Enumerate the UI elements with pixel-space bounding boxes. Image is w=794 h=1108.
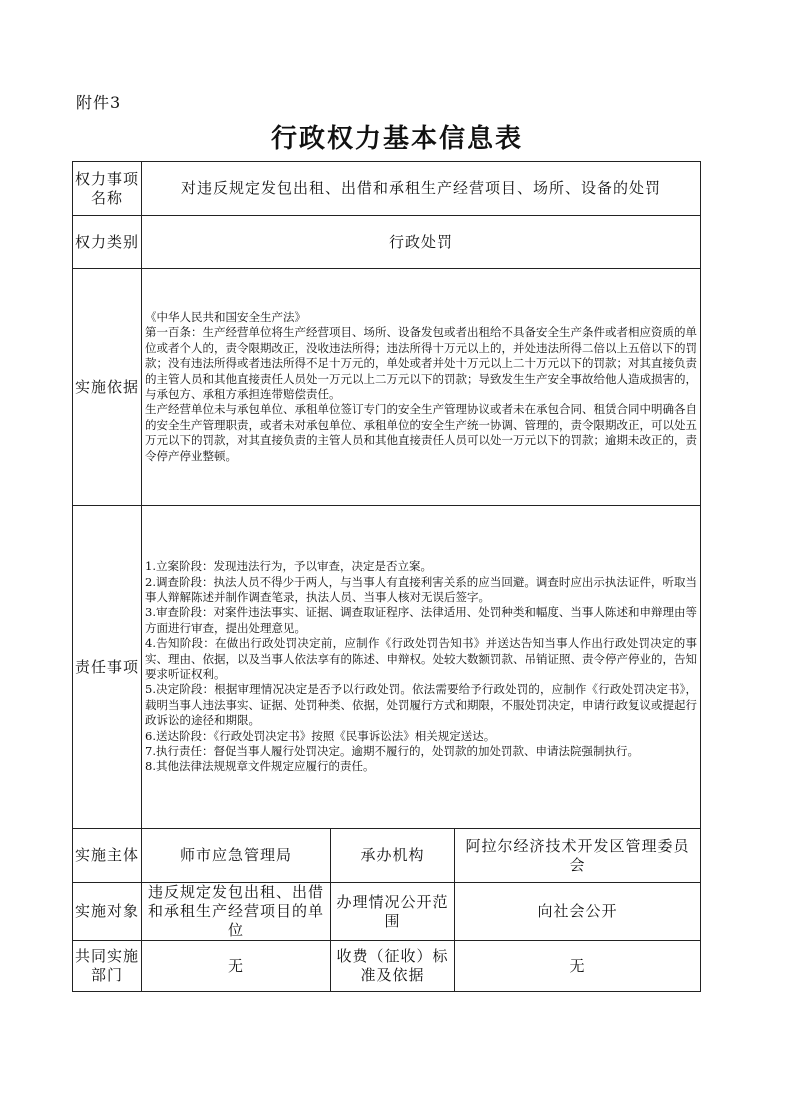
row-power-category: 权力类别 行政处罚	[73, 216, 701, 269]
responsibility-item: 7.执行责任：督促当事人履行处罚决定。逾期不履行的，处罚款的加处罚款、申请法院强…	[145, 744, 697, 759]
attachment-label: 附件3	[76, 90, 121, 113]
handling-agency-value: 阿拉尔经济技术开发区管理委员会	[455, 829, 701, 883]
responsibility-item: 8.其他法律法规规章文件规定应履行的责任。	[145, 759, 697, 774]
responsibility-item: 2.调查阶段：执法人员不得少于两人，与当事人有直接利害关系的应当回避。调查时应出…	[145, 575, 697, 606]
row-implementing-object: 实施对象 违反规定发包出租、出借和承租生产经营项目的单位 办理情况公开范围 向社…	[73, 883, 701, 941]
power-category-label: 权力类别	[73, 216, 142, 269]
responsibility-item: 1.立案阶段：发现违法行为，予以审查，决定是否立案。	[145, 559, 697, 574]
row-implementing-subject: 实施主体 师市应急管理局 承办机构 阿拉尔经济技术开发区管理委员会	[73, 829, 701, 883]
implementing-object-label: 实施对象	[73, 883, 142, 941]
responsibility-item: 4.告知阶段：在做出行政处罚决定前，应制作《行政处罚告知书》并送达告知当事人作出…	[145, 636, 697, 682]
power-name-label: 权力事项名称	[73, 162, 142, 216]
fee-standard-label: 收费（征收）标准及依据	[331, 941, 455, 992]
page-title: 行政权力基本信息表	[0, 118, 794, 155]
law-article-100: 第一百条：生产经营单位将生产经营项目、场所、设备发包或者出租给不具备安全生产条件…	[145, 325, 697, 402]
implementing-object-value: 违反规定发包出租、出借和承租生产经营项目的单位	[142, 883, 331, 941]
legal-basis-label: 实施依据	[73, 269, 142, 506]
row-legal-basis: 实施依据 《中华人民共和国安全生产法》 第一百条：生产经营单位将生产经营项目、场…	[73, 269, 701, 506]
power-category-value: 行政处罚	[142, 216, 701, 269]
responsibilities-label: 责任事项	[73, 506, 142, 829]
joint-departments-label: 共同实施部门	[73, 941, 142, 992]
handling-agency-label: 承办机构	[331, 829, 455, 883]
responsibility-item: 6.送达阶段：《行政处罚决定书》按照《民事诉讼法》相关规定送达。	[145, 729, 697, 744]
responsibilities-content: 1.立案阶段：发现违法行为，予以审查，决定是否立案。 2.调查阶段：执法人员不得…	[142, 506, 701, 829]
row-responsibilities: 责任事项 1.立案阶段：发现违法行为，予以审查，决定是否立案。 2.调查阶段：执…	[73, 506, 701, 829]
legal-basis-content: 《中华人民共和国安全生产法》 第一百条：生产经营单位将生产经营项目、场所、设备发…	[142, 269, 701, 506]
power-info-table: 权力事项名称 对违反规定发包出租、出借和承租生产经营项目、场所、设备的处罚 权力…	[72, 161, 701, 992]
power-name-value: 对违反规定发包出租、出借和承租生产经营项目、场所、设备的处罚	[142, 162, 701, 216]
row-joint-departments: 共同实施部门 无 收费（征收）标准及依据 无	[73, 941, 701, 992]
disclosure-scope-value: 向社会公开	[455, 883, 701, 941]
disclosure-scope-label: 办理情况公开范围	[331, 883, 455, 941]
implementing-subject-value: 师市应急管理局	[142, 829, 331, 883]
row-power-name: 权力事项名称 对违反规定发包出租、出借和承租生产经营项目、场所、设备的处罚	[73, 162, 701, 216]
fee-standard-value: 无	[455, 941, 701, 992]
joint-departments-value: 无	[142, 941, 331, 992]
responsibility-item: 5.决定阶段：根据审理情况决定是否予以行政处罚。依法需要给予行政处罚的，应制作《…	[145, 682, 697, 728]
law-title: 《中华人民共和国安全生产法》	[145, 310, 697, 325]
responsibility-item: 3.审查阶段：对案件违法事实、证据、调查取证程序、法律适用、处罚种类和幅度、当事…	[145, 605, 697, 636]
law-article-100-clause-2: 生产经营单位未与承包单位、承租单位签订专门的安全生产管理协议或者未在承包合同、租…	[145, 402, 697, 464]
implementing-subject-label: 实施主体	[73, 829, 142, 883]
